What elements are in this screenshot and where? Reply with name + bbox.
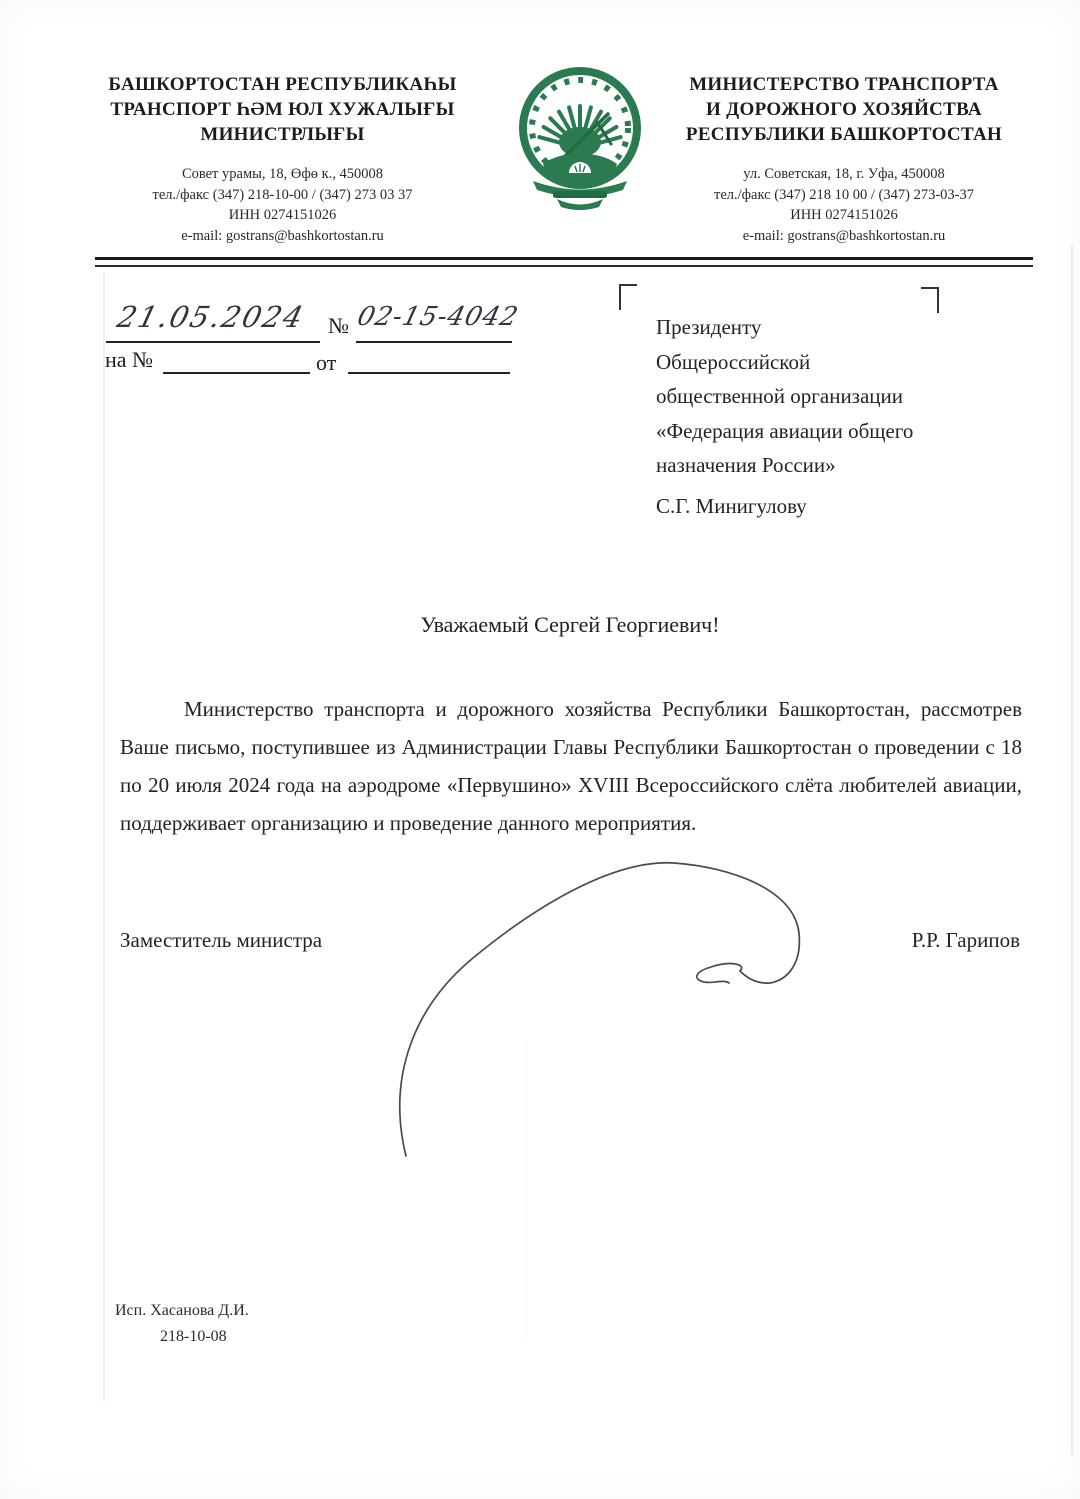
email-line: e-mail: gostrans@bashkortostan.ru	[658, 226, 1030, 247]
title-line: МИНИСТЕРСТВО ТРАНСПОРТА	[658, 72, 1030, 97]
letterhead-right: МИНИСТЕРСТВО ТРАНСПОРТА И ДОРОЖНОГО ХОЗЯ…	[658, 72, 1030, 246]
recipient-line: «Федерация авиации общего	[656, 414, 956, 449]
address-line: ул. Советская, 18, г. Уфа, 450008	[658, 164, 1030, 185]
reply-number-underline	[163, 372, 310, 374]
recipient-line: Общероссийской	[656, 345, 956, 380]
title-line: РЕСПУБЛИКИ БАШКОРТОСТАН	[658, 122, 1030, 147]
outgoing-number-handwritten: 02-15-4042	[354, 302, 521, 332]
bashkortostan-coat-of-arms-icon	[503, 60, 657, 210]
email-line: e-mail: gostrans@bashkortostan.ru	[95, 226, 470, 247]
outgoing-date-handwritten: 21.05.2024	[114, 300, 309, 334]
number-sign-label: №	[328, 313, 349, 339]
salutation: Уважаемый Сергей Георгиевич!	[120, 612, 1020, 638]
body-paragraph: Министерство транспорта и дорожного хозя…	[120, 690, 1022, 842]
scanned-letter-page: БАШКОРТОСТАН РЕСПУБЛИКАҺЫ ТРАНСПОРТ ҺӘМ …	[0, 0, 1080, 1499]
scan-artifact-left	[103, 272, 105, 1402]
date-underline	[106, 341, 320, 343]
signer-position: Заместитель министра	[120, 928, 322, 953]
executor-phone: 218-10-08	[160, 1328, 227, 1346]
reply-to-number-label: на №	[105, 347, 153, 373]
address-line: тел./факс (347) 218-10-00 / (347) 273 03…	[95, 185, 470, 206]
executor-name: Исп. Хасанова Д.И.	[115, 1302, 249, 1320]
title-line: И ДОРОЖНОГО ХОЗЯЙСТВА	[658, 97, 1030, 122]
reply-date-underline	[348, 372, 510, 374]
recipient-line: Президенту	[656, 310, 956, 345]
address-corner-mark-left	[619, 284, 637, 310]
ministry-title-bashkir: БАШКОРТОСТАН РЕСПУБЛИКАҺЫ ТРАНСПОРТ ҺӘМ …	[95, 72, 470, 147]
address-line: ИНН 0274151026	[95, 205, 470, 226]
address-line: ИНН 0274151026	[658, 205, 1030, 226]
address-line: Совет урамы, 18, Өфө к., 450008	[95, 164, 470, 185]
ministry-address-bashkir: Совет урамы, 18, Өфө к., 450008 тел./фак…	[95, 164, 470, 246]
signer-name: Р.Р. Гарипов	[820, 928, 1020, 953]
letterhead-divider	[95, 257, 1033, 267]
number-underline	[356, 341, 512, 343]
reply-from-label: от	[316, 350, 336, 376]
recipient-line: назначения России»	[656, 448, 956, 483]
recipient-line: общественной организации	[656, 379, 956, 414]
ministry-address-russian: ул. Советская, 18, г. Уфа, 450008 тел./ф…	[658, 164, 1030, 246]
address-line: тел./факс (347) 218 10 00 / (347) 273-03…	[658, 185, 1030, 206]
recipient-block: Президенту Общероссийской общественной о…	[656, 310, 956, 483]
scan-artifact-right	[1071, 245, 1073, 1455]
title-line: БАШКОРТОСТАН РЕСПУБЛИКАҺЫ	[95, 72, 470, 97]
title-line: ТРАНСПОРТ ҺӘМ ЮЛ ХУЖАЛЫҒЫ	[95, 97, 470, 122]
letterhead-left: БАШКОРТОСТАН РЕСПУБЛИКАҺЫ ТРАНСПОРТ ҺӘМ …	[95, 72, 470, 246]
ministry-title-russian: МИНИСТЕРСТВО ТРАНСПОРТА И ДОРОЖНОГО ХОЗЯ…	[658, 72, 1030, 147]
recipient-name: С.Г. Минигулову	[656, 494, 807, 519]
title-line: МИНИСТРЛЫҒЫ	[95, 122, 470, 147]
handwritten-signature	[378, 853, 824, 1175]
